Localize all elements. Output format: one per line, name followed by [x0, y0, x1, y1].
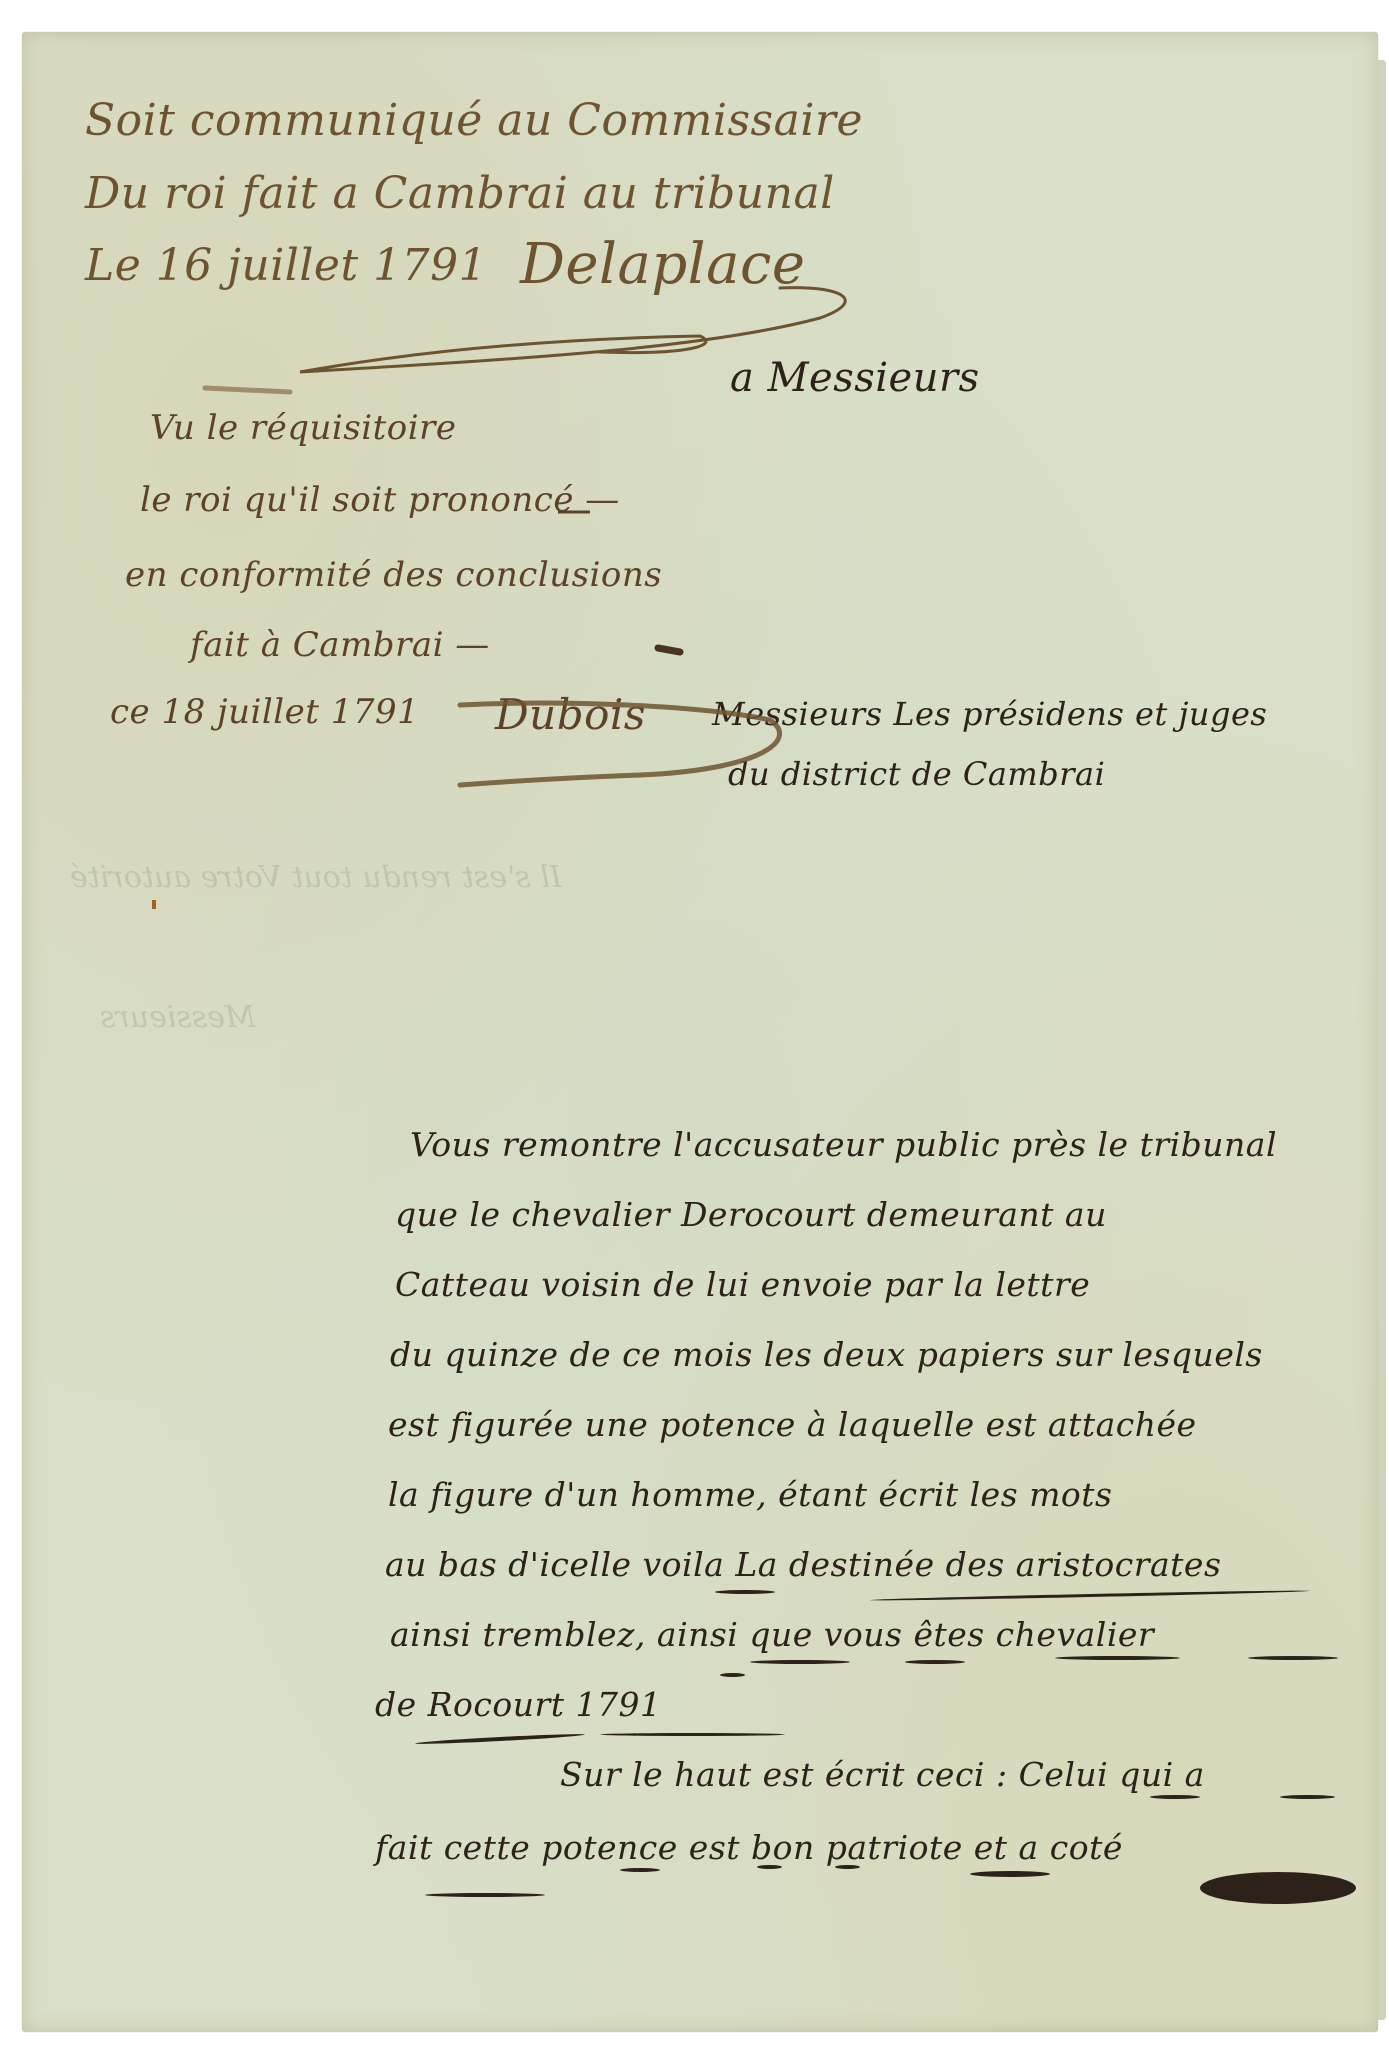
order-line: Le 16 juillet 1791 [85, 240, 487, 291]
body-line: au bas d'icelle voila La destinée des ar… [385, 1545, 1221, 1584]
addressee-salutation: a Messieurs [730, 355, 980, 401]
underline-stroke [1280, 1795, 1335, 1799]
ruling-line: ce 18 juillet 1791 [110, 692, 419, 732]
underline-stroke [1248, 1656, 1338, 1660]
underline-stroke [835, 1865, 860, 1869]
body-line: de Rocourt 1791 [375, 1685, 661, 1724]
body-line: la figure d'un homme, étant écrit les mo… [388, 1475, 1113, 1514]
order-line: Soit communiqué au Commissaire [85, 95, 863, 146]
order-line: Du roi fait a Cambrai au tribunal [85, 168, 835, 219]
body-line: Vous remontre l'accusateur public près l… [410, 1125, 1277, 1164]
ruling-line: en conformité des conclusions [125, 555, 662, 595]
body-line: fait cette potence est bon patriote et a… [375, 1828, 1123, 1867]
body-line: que le chevalier Derocourt demeurant au [395, 1195, 1107, 1234]
underline-stroke [970, 1871, 1050, 1877]
body-line: du quinze de ce mois les deux papiers su… [390, 1335, 1263, 1374]
underline-stroke [600, 1733, 785, 1736]
underline-stroke [905, 1660, 965, 1664]
signature-delaplace: Delaplace [520, 232, 805, 297]
underline-stroke [1055, 1656, 1180, 1660]
signature-dubois: Dubois [495, 690, 646, 739]
ruling-line: le roi qu'il soit prononcé — [140, 480, 620, 520]
bleed-through-text: Il s'est rendu tout Votre autorité [70, 860, 562, 895]
ruling-line: Vu le réquisitoire [150, 408, 457, 448]
body-line: ainsi tremblez, ainsi que vous êtes chev… [390, 1615, 1154, 1654]
underline-stroke [720, 1673, 745, 1677]
body-line: Catteau voisin de lui envoie par la lett… [395, 1265, 1090, 1304]
addressee-line: Messieurs Les présidens et juges [712, 695, 1267, 733]
ruling-line: fait à Cambrai — [190, 625, 490, 665]
underline-stroke [750, 1660, 850, 1664]
addressee-line: du district de Cambrai [728, 755, 1105, 793]
underline-stroke [620, 1868, 660, 1872]
underline-stroke [1150, 1795, 1200, 1799]
underline-stroke [425, 1893, 545, 1897]
underline-stroke [715, 1590, 775, 1594]
underline-stroke [757, 1865, 782, 1869]
bleed-through-text: Messieurs [100, 1000, 256, 1035]
body-line: Sur le haut est écrit ceci : Celui qui a [560, 1755, 1205, 1794]
body-line: est figurée une potence à laquelle est a… [388, 1405, 1197, 1444]
